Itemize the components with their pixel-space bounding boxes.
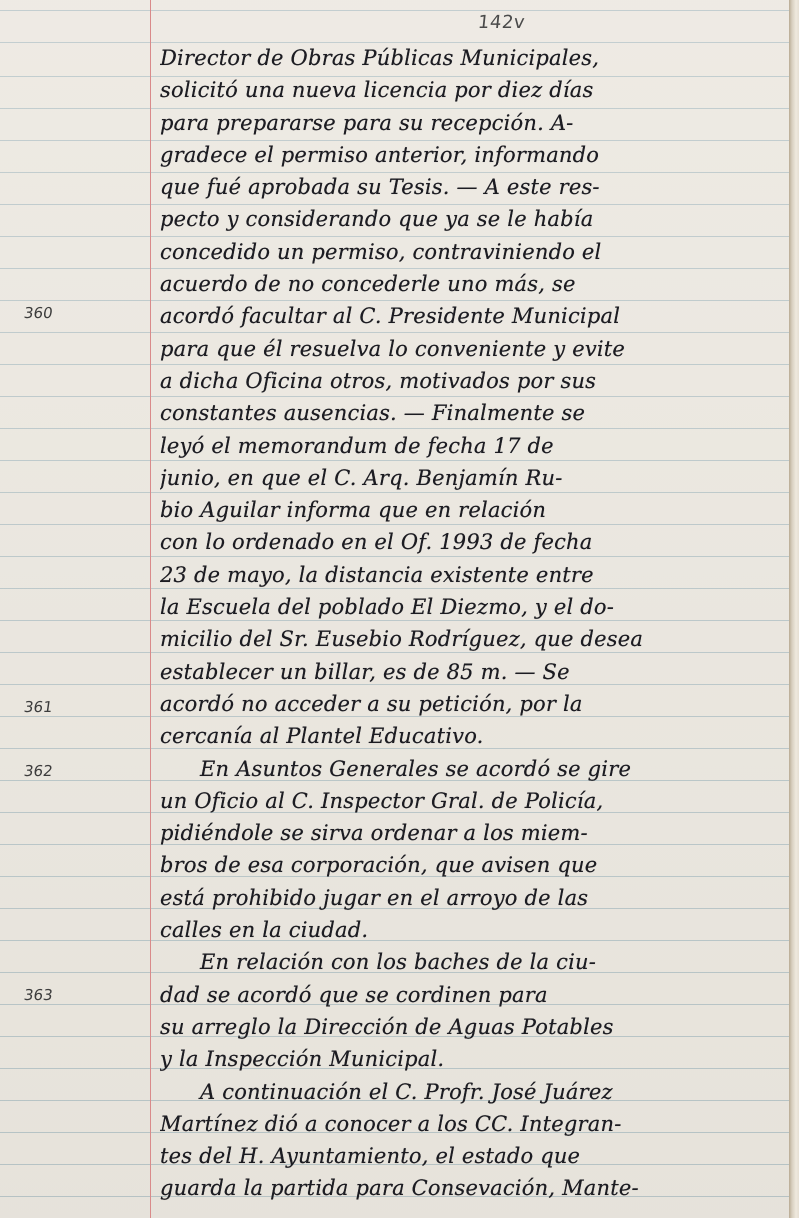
text-line: dad se acordó que se cordinen para: [160, 979, 785, 1011]
text-line: En Asuntos Generales se acordó se gire: [160, 753, 785, 785]
text-line: solicitó una nueva licencia por diez día…: [160, 74, 785, 106]
text-line: En relación con los baches de la ciu-: [160, 946, 785, 978]
handwritten-text-body: Director de Obras Públicas Municipales,s…: [160, 42, 785, 1205]
folio-number: 142v: [477, 12, 526, 33]
text-line: establecer un billar, es de 85 m. — Se: [160, 656, 785, 688]
text-line: junio, en que el C. Arq. Benjamín Ru-: [160, 462, 785, 494]
text-line: A continuación el C. Profr. José Juárez: [160, 1076, 785, 1108]
text-line: cercanía al Plantel Educativo.: [160, 720, 785, 752]
text-line: está prohibido jugar en el arroyo de las: [160, 882, 785, 914]
text-line: y la Inspección Municipal.: [160, 1043, 785, 1075]
page-edge: [789, 0, 799, 1218]
entry-number: 362: [23, 762, 54, 780]
entry-number: 360: [23, 304, 54, 322]
text-line: pidiéndole se sirva ordenar a los miem-: [160, 817, 785, 849]
text-line: guarda la partida para Consevación, Mant…: [160, 1172, 785, 1204]
text-line: tes del H. Ayuntamiento, el estado que: [160, 1140, 785, 1172]
text-line: con lo ordenado en el Of. 1993 de fecha: [160, 526, 785, 558]
text-line: bio Aguilar informa que en relación: [160, 494, 785, 526]
text-line: la Escuela del poblado El Diezmo, y el d…: [160, 591, 785, 623]
text-line: Martínez dió a conocer a los CC. Integra…: [160, 1108, 785, 1140]
text-line: bros de esa corporación, que avisen que: [160, 849, 785, 881]
text-line: a dicha Oficina otros, motivados por sus: [160, 365, 785, 397]
text-line: calles en la ciudad.: [160, 914, 785, 946]
text-line: su arreglo la Dirección de Aguas Potable…: [160, 1011, 785, 1043]
text-line: gradece el permiso anterior, informando: [160, 139, 785, 171]
ledger-page: 142v 360361362363 Director de Obras Públ…: [0, 0, 789, 1218]
text-line: que fué aprobada su Tesis. — A este res-: [160, 171, 785, 203]
text-line: pecto y considerando que ya se le había: [160, 203, 785, 235]
text-line: concedido un permiso, contraviniendo el: [160, 236, 785, 268]
text-line: leyó el memorandum de fecha 17 de: [160, 430, 785, 462]
entry-number: 363: [23, 986, 54, 1004]
entry-number: 361: [23, 698, 54, 716]
red-margin-line: [150, 0, 151, 1218]
text-line: micilio del Sr. Eusebio Rodríguez, que d…: [160, 623, 785, 655]
text-line: Director de Obras Públicas Municipales,: [160, 42, 785, 74]
text-line: para que él resuelva lo conveniente y ev…: [160, 333, 785, 365]
text-line: acordó facultar al C. Presidente Municip…: [160, 300, 785, 332]
text-line: acordó no acceder a su petición, por la: [160, 688, 785, 720]
text-line: un Oficio al C. Inspector Gral. de Polic…: [160, 785, 785, 817]
text-line: acuerdo de no concederle uno más, se: [160, 268, 785, 300]
text-line: para prepararse para su recepción. A-: [160, 107, 785, 139]
text-line: 23 de mayo, la distancia existente entre: [160, 559, 785, 591]
text-line: constantes ausencias. — Finalmente se: [160, 397, 785, 429]
